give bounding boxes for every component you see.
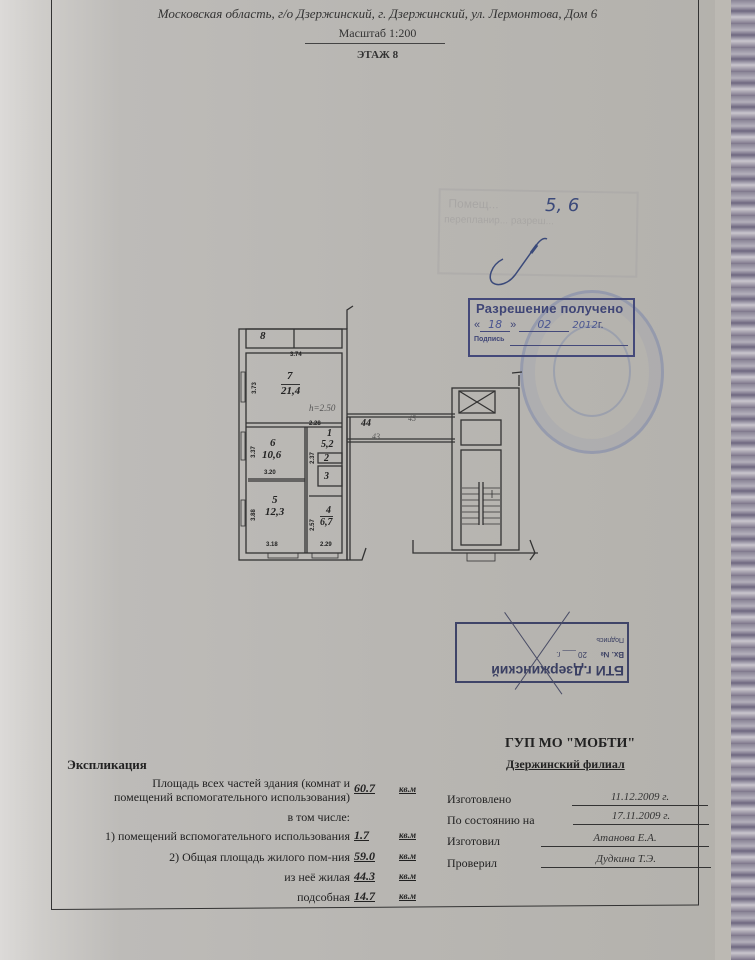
corridor-label-45: 45 [408, 414, 416, 423]
room-1-number: 1 [327, 428, 332, 439]
corridor-label-44: 44 [361, 418, 371, 429]
expl-total-label-line1: Площадь всех частей здания (комнат и [152, 776, 350, 790]
room-8-number: 8 [260, 330, 266, 342]
expl-total-living-value: 59.0 [354, 849, 375, 864]
expl-living-label: из неё жилая [284, 870, 350, 884]
dim-3-73: 3.73 [252, 382, 258, 394]
expl-utility-value: 14.7 [354, 889, 375, 904]
expl-utility-unit: кв.м [399, 891, 416, 901]
dim-2-29: 2.29 [320, 542, 332, 548]
expl-total-value: 60.7 [354, 781, 375, 796]
room-5-number: 5 [272, 494, 278, 506]
dim-3-18: 3.18 [266, 542, 278, 548]
explication-title: Экспликация [67, 757, 147, 773]
expl-total-living-label: 2) Общая площадь жилого пом-ния [169, 850, 350, 864]
expl-total-living-unit: кв.м [399, 851, 416, 861]
expl-aux-unit: кв.м [399, 830, 416, 840]
room-4-number: 4 [326, 505, 331, 516]
dim-3-74: 3.74 [290, 352, 302, 358]
meta-as-of-value: 17.11.2009 г. [573, 810, 709, 825]
ceiling-height: h=2.50 [309, 403, 335, 413]
expl-aux-label: 1) помещений вспомогательного использова… [105, 829, 350, 843]
floor-plan [0, 0, 755, 620]
bti-title: БТИ г.Дзержинский [491, 663, 624, 679]
expl-including-label: в том числе: [287, 810, 350, 824]
room-3-number: 3 [324, 471, 329, 482]
dim-2-37: 2.37 [310, 452, 316, 464]
meta-made-label: Изготовлено [447, 792, 511, 807]
expl-total-unit: кв.м [399, 784, 416, 794]
expl-living-value: 44.3 [354, 869, 375, 884]
expl-total-label-line2: помещений вспомогательного использования… [114, 790, 350, 804]
meta-checker-label: Проверил [447, 856, 497, 871]
organization-branch: Дзержинский филиал [506, 757, 625, 772]
bti-inbox-label: Вх. № [601, 650, 624, 659]
room-1-area: 5,2 [321, 439, 334, 450]
meta-made-value: 11.12.2009 г. [572, 791, 708, 806]
dim-3-20: 3.20 [264, 470, 276, 476]
meta-checker-value: Дудкина Т.Э. [541, 853, 711, 868]
room-7-area: 21,4 [281, 384, 300, 397]
room-6-area: 10,6 [262, 449, 281, 461]
expl-utility-label: подсобная [297, 890, 350, 904]
corridor-label-43: 43 [372, 432, 380, 441]
meta-as-of-label: По состоянию на [447, 813, 535, 828]
bti-sign-label: Подпись [596, 636, 624, 643]
bti-stamp: БТИ г.Дзержинский Вх. № 20 ___ г. Подпис… [455, 622, 629, 683]
room-5-area: 12,3 [265, 506, 284, 518]
organization-name: ГУП МО "МОБТИ" [505, 736, 635, 752]
bti-year-label: 20 ___ г. [556, 650, 587, 659]
room-4-area: 6,7 [320, 516, 333, 528]
expl-aux-value: 1.7 [354, 828, 369, 843]
dim-2-28: 2.28 [309, 421, 321, 427]
expl-living-unit: кв.м [399, 871, 416, 881]
meta-maker-label: Изготовил [447, 834, 500, 849]
dim-3-37: 3.37 [251, 446, 257, 458]
room-2-number: 2 [324, 453, 329, 464]
dim-3-88: 3.88 [251, 509, 257, 521]
dim-2-57: 2.57 [310, 519, 316, 531]
room-6-number: 6 [270, 437, 276, 449]
meta-maker-value: Атанова Е.А. [541, 832, 709, 847]
room-7-number: 7 [287, 370, 293, 382]
